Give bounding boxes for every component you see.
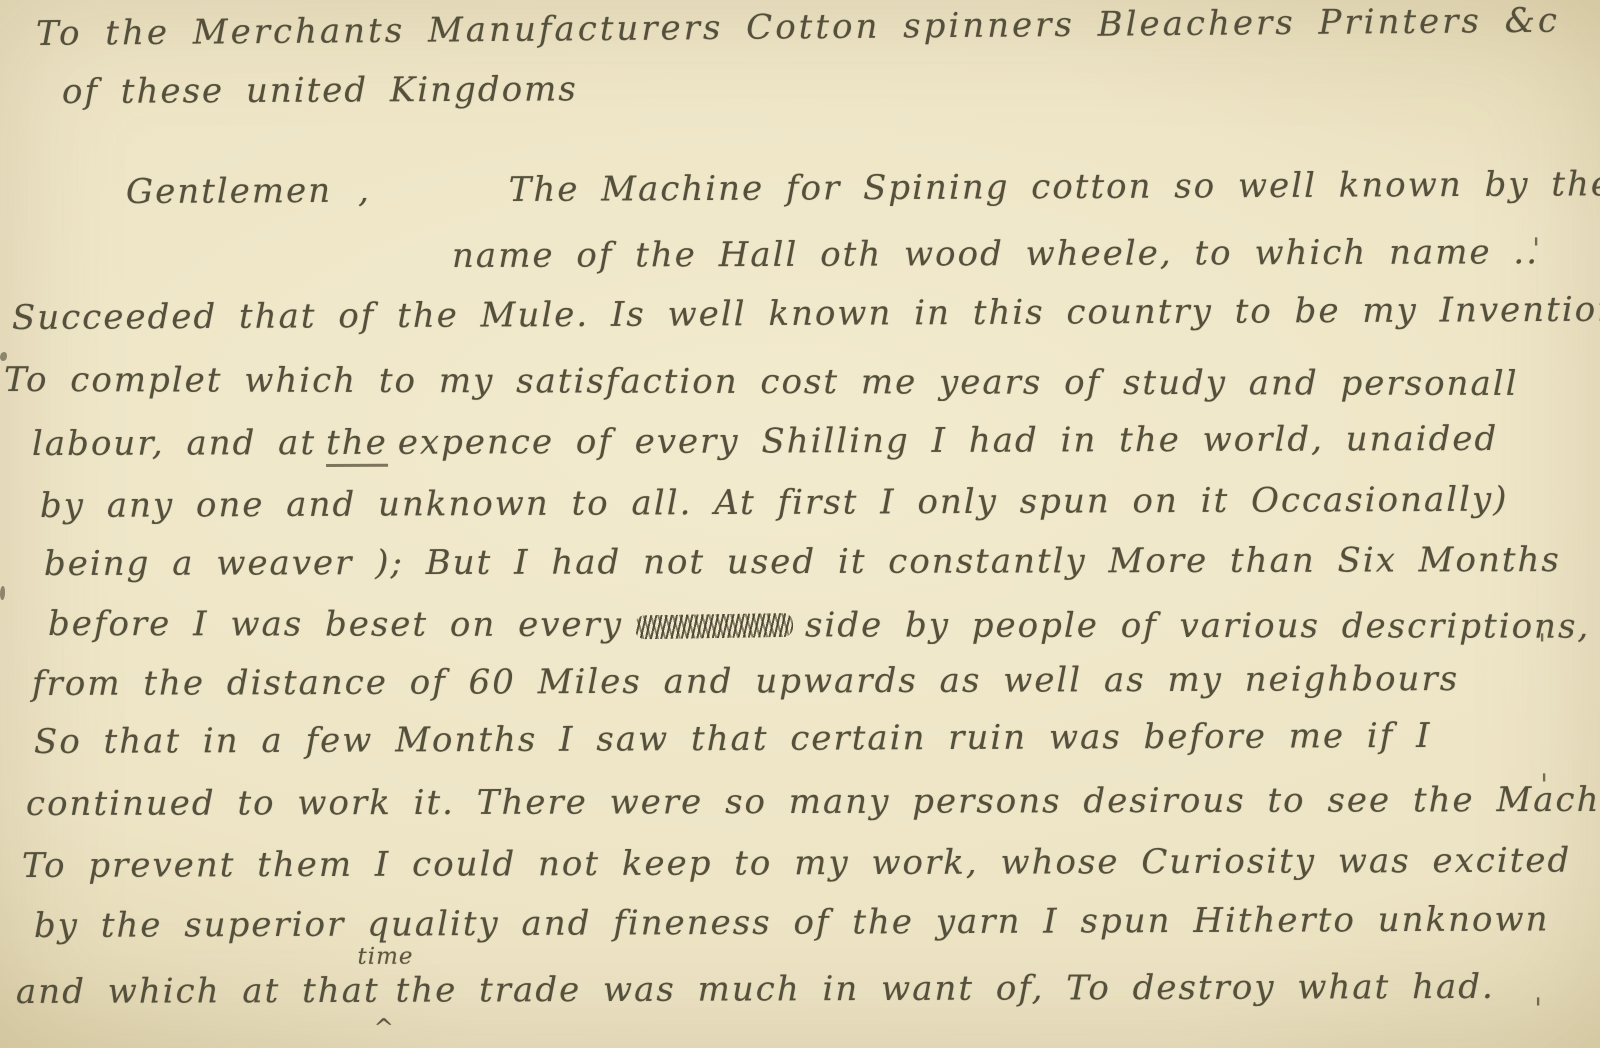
manuscript-page: To the Merchants Manufacturers Cotton sp… xyxy=(0,0,1600,1048)
margin-ink-mark: ' xyxy=(1532,232,1540,267)
body-line-10: So that in a few Months I saw that certa… xyxy=(34,716,1432,762)
salutation-comma: , xyxy=(358,171,371,211)
margin-ink-mark: ' xyxy=(1534,992,1542,1027)
body-line-5: labour, and attheexpence of every Shilli… xyxy=(32,419,1498,464)
body-line-12: To prevent them I could not keep to my w… xyxy=(22,841,1571,886)
address-line-1: To the Merchants Manufacturers Cotton sp… xyxy=(36,1,1560,54)
body-line-8-pre: before I was beset on every xyxy=(48,604,623,645)
body-line-8-post: side by people of various descriptions, xyxy=(805,605,1590,646)
caret-mark: ^ xyxy=(374,1014,396,1042)
body-line-8: before I was beset on everyside by peopl… xyxy=(48,604,1590,647)
underlined-word: the xyxy=(326,423,388,467)
body-line-3: Succeeded that of the Mule. Is well know… xyxy=(12,290,1600,338)
inserted-word: time xyxy=(357,944,413,970)
body-line-7: being a weaver ); But I had not used it … xyxy=(44,540,1561,584)
scribbled-out-words xyxy=(635,613,793,639)
body-line-14: and which at thattime^the trade was much… xyxy=(16,967,1495,1012)
body-line-5-pre: labour, and at xyxy=(32,423,316,464)
address-line-2: of these united Kingdoms xyxy=(62,69,578,112)
margin-ink-mark: ' xyxy=(1540,768,1548,803)
body-line-14-pre: and which at that xyxy=(16,971,380,1012)
body-line-4: To complet which to my satisfaction cost… xyxy=(4,360,1519,404)
body-line-5-post: expence of every Shilling I had in the w… xyxy=(398,419,1499,463)
body-line-1: The Machine for Spining cotton so well k… xyxy=(509,164,1600,210)
body-line-9: from the distance of 60 Miles and upward… xyxy=(32,659,1459,704)
margin-ink-mark: ' xyxy=(1538,628,1546,663)
salutation-line: Gentlemen, The Machine for Spining cotto… xyxy=(126,164,1600,212)
salutation: Gentlemen xyxy=(126,171,332,212)
body-line-2: name of the Hall oth wood wheele, to whi… xyxy=(452,232,1539,276)
body-line-13: by the superior quality and fineness of … xyxy=(34,899,1550,946)
inserted-word-annotation: time^ xyxy=(380,992,396,1002)
body-line-14-post: the trade was much in want of, To destro… xyxy=(396,967,1495,1011)
body-line-11: continued to work it. There were so many… xyxy=(26,780,1600,824)
ink-speck xyxy=(0,586,5,600)
body-line-6: by any one and unknown to all. At first … xyxy=(40,480,1509,526)
